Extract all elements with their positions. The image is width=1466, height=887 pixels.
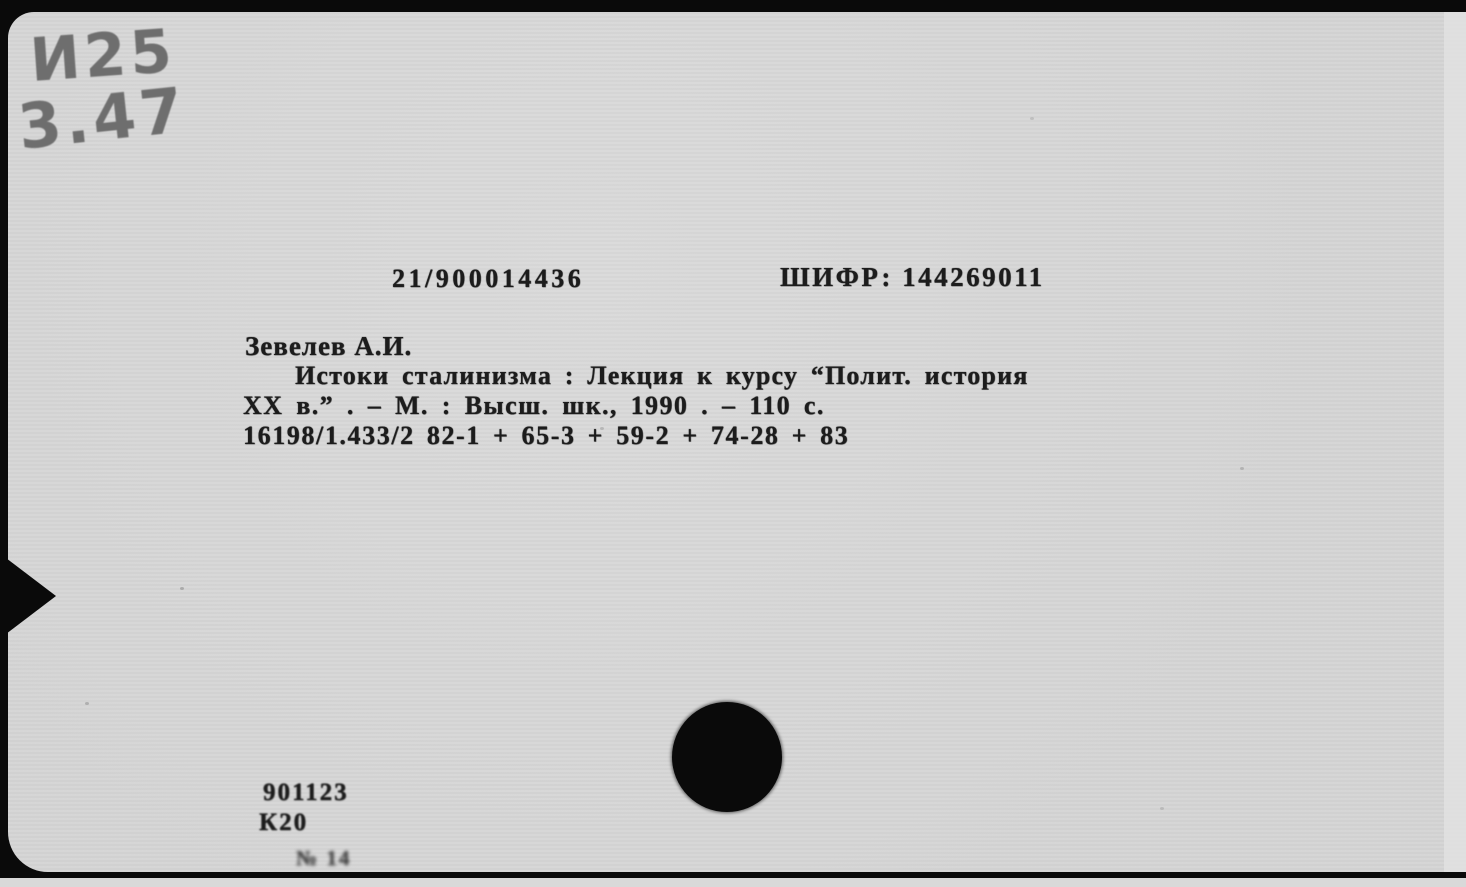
scan-background-strip (0, 878, 1466, 887)
bib-entry-line-3: 16198/1.433/2 82-1 + 65-3 + 59-2 + 74-28… (243, 421, 849, 451)
cipher-number: ШИФР: 144269011 (780, 262, 1045, 293)
scan-edge-highlight (1444, 12, 1466, 872)
stamp-date-number: 901123 (263, 779, 349, 807)
left-edge-notch (6, 558, 56, 634)
stamp-partial-clipped: № 14 (296, 846, 351, 871)
accession-number: 21/900014436 (392, 264, 584, 294)
bib-entry-line-1: Истоки сталинизма : Лекция к курсу “Поли… (295, 361, 1029, 391)
stamp-code: К20 (259, 809, 308, 837)
bib-entry-line-2: XX в.” . – М. : Высш. шк., 1990 . – 110 … (243, 391, 825, 421)
author-name: Зевелев А.И. (245, 331, 412, 362)
handwritten-classmark-line2: 3.47 (15, 79, 190, 158)
hole-punch-dot (672, 702, 782, 812)
scan-noise (180, 587, 184, 590)
scanned-catalog-card-page: И25 3.47 21/900014436 ШИФР: 144269011 Зе… (0, 0, 1466, 887)
